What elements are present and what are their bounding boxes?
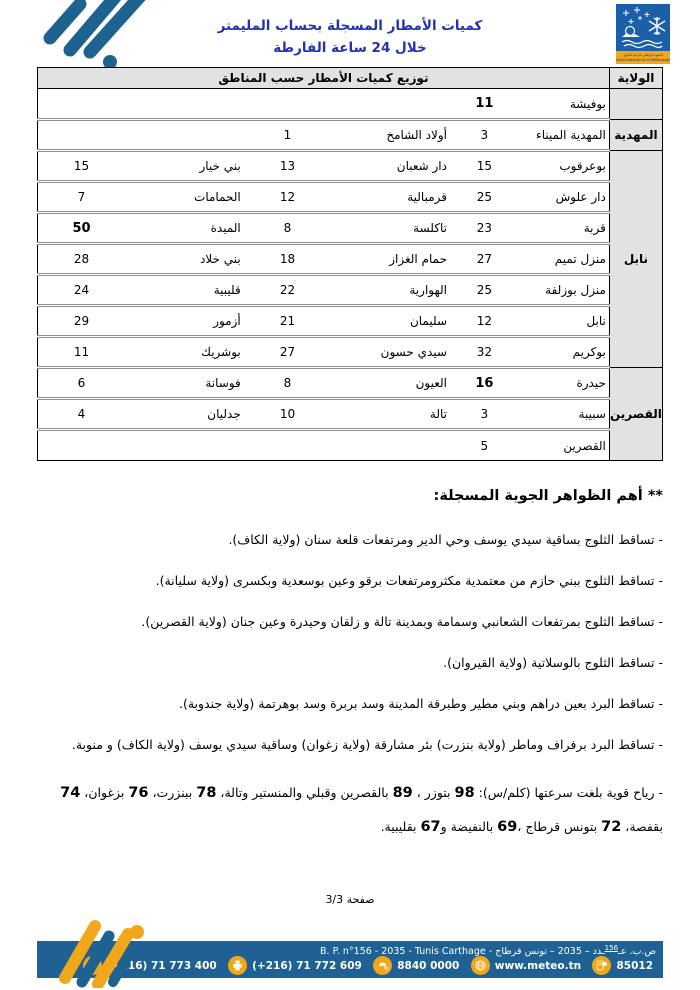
rainfall-value-cell — [38, 89, 126, 120]
region-name-cell: بوشريك — [125, 337, 244, 368]
region-name-cell: الحمامات — [125, 182, 244, 213]
contact-item[interactable]: www.meteo.tn — [471, 956, 581, 975]
table-header-row: الولاية توزيع كميات الأمطار حسب المناطق — [38, 68, 663, 89]
rainfall-value-cell: 27 — [244, 337, 332, 368]
governorate-cell: القصرين — [609, 368, 662, 461]
table-row: قربة23تاكلسة8الميدة50 — [38, 213, 663, 244]
region-name-cell — [125, 120, 244, 151]
region-name-cell: قربة — [519, 213, 610, 244]
rainfall-value-cell: 18 — [244, 244, 332, 275]
table-row: القصرين5 — [38, 430, 663, 461]
rainfall-value-cell — [244, 89, 332, 120]
region-name-cell: العيون — [331, 368, 450, 399]
rainfall-value-cell: 13 — [244, 151, 332, 182]
region-name-cell: أولاد الشامخ — [331, 120, 450, 151]
rainfall-value-cell: 1 — [244, 120, 332, 151]
rainfall-value-cell: 15 — [38, 151, 126, 182]
wind-speed-value: 67 — [420, 819, 440, 835]
phenomena-section: ** أهم الظواهر الجوية المسجلة: - تساقط ا… — [37, 488, 663, 865]
contact-label: 85012 — [616, 960, 653, 972]
rainfall-table: الولاية توزيع كميات الأمطار حسب المناطق … — [37, 67, 663, 461]
region-name-cell — [125, 430, 244, 461]
region-name-cell: دار شعبان — [331, 151, 450, 182]
rainfall-value-cell: 27 — [450, 244, 519, 275]
region-name-cell: حمام الغزاز — [331, 244, 450, 275]
rainfall-value-cell: 25 — [450, 182, 519, 213]
address-po-number: 156 — [605, 944, 618, 952]
table-row: نابل12سليمان21أزمور29 — [38, 306, 663, 337]
region-name-cell: بني خيار — [125, 151, 244, 182]
footer-contacts: (+216) 71 773 400(+216) 71 772 6098840 0… — [83, 956, 653, 975]
wind-speeds-item: - رياح قوية بلغت سرعتها (كلم/س): 98 بتوز… — [37, 776, 663, 844]
inm-caption-french: Institut National de la Météorologie — [616, 58, 670, 62]
contact-item: 8840 0000 — [373, 956, 459, 975]
wind-speed-value: 78 — [196, 785, 216, 801]
wind-speed-value: 72 — [601, 819, 621, 835]
region-name-cell: المهدية الميناء — [519, 120, 610, 151]
table-row: دار علوش25قرمبالية12الحمامات7 — [38, 182, 663, 213]
region-name-cell — [331, 430, 450, 461]
rainfall-value-cell: 6 — [38, 368, 126, 399]
table-row: بوفيشة11 — [38, 89, 663, 120]
region-name-cell: بوفيشة — [519, 89, 610, 120]
title-line-1: كميات الأمطار المسجلة بحساب المليمتر — [120, 16, 580, 38]
rainfall-value-cell: 25 — [450, 275, 519, 306]
rainfall-value-cell: 28 — [38, 244, 126, 275]
rainfall-value-cell: 5 — [450, 430, 519, 461]
sms-icon — [592, 956, 611, 975]
contact-label[interactable]: www.meteo.tn — [495, 960, 581, 972]
region-name-cell: منزل بوزلفة — [519, 275, 610, 306]
rainfall-value-cell: 32 — [450, 337, 519, 368]
region-name-cell: سليمان — [331, 306, 450, 337]
rainfall-value-cell: 8 — [244, 213, 332, 244]
contact-item: (+216) 71 772 609 — [228, 956, 362, 975]
wind-speed-value: 74 — [60, 785, 80, 801]
region-name-cell: حيدرة — [519, 368, 610, 399]
rainfall-value-cell: 10 — [244, 399, 332, 430]
governorate-cell: المهدية — [609, 120, 662, 151]
phenomenon-item: - تساقط الثلوج بالوسلاتية (ولاية القيروا… — [37, 653, 663, 673]
contact-label: 8840 0000 — [397, 960, 459, 972]
region-name-cell: بوكريم — [519, 337, 610, 368]
footer-stripes-icon — [55, 918, 165, 988]
governorate-cell: نابل — [609, 151, 662, 368]
rainfall-value-cell: 11 — [38, 337, 126, 368]
region-name-cell: الميدة — [125, 213, 244, 244]
mobile-icon — [373, 956, 392, 975]
rainfall-value-cell: 12 — [244, 182, 332, 213]
region-name-cell: سبيبة — [519, 399, 610, 430]
table-row: منزل تميم27حمام الغزاز18بني خلاد28 — [38, 244, 663, 275]
rainfall-value-cell: 24 — [38, 275, 126, 306]
region-name-cell: الهوارية — [331, 275, 450, 306]
region-name-cell: منزل تميم — [519, 244, 610, 275]
phenomenon-item: - تساقط الثلوج ببني حازم من معتمدية مكثر… — [37, 571, 663, 591]
rain-table-body: بوفيشة11المهديةالمهدية الميناء3أولاد الش… — [38, 89, 663, 461]
region-name-cell: القصرين — [519, 430, 610, 461]
rainfall-value-cell: 11 — [450, 89, 519, 120]
wind-speed-value: 89 — [393, 785, 413, 801]
wind-speed-value: 98 — [455, 785, 475, 801]
page-number: صفحة 3/3 — [0, 893, 700, 906]
report-page: كميات الأمطار المسجلة بحساب المليمتر خلا… — [0, 0, 700, 990]
region-name-cell — [331, 89, 450, 120]
globe-icon — [471, 956, 490, 975]
inm-caption-arabic: المعهد الوطني للرصد الجوي — [623, 53, 663, 57]
rainfall-value-cell: 4 — [38, 399, 126, 430]
rainfall-value-cell — [38, 120, 126, 151]
rainfall-value-cell — [38, 430, 126, 461]
governorate-header: الولاية — [609, 68, 662, 89]
wind-speed-value: 69 — [497, 819, 517, 835]
phenomena-heading: ** أهم الظواهر الجوية المسجلة: — [37, 488, 663, 504]
rainfall-value-cell: 50 — [38, 213, 126, 244]
rainfall-value-cell: 29 — [38, 306, 126, 337]
table-row: القصرينحيدرة16العيون8فوسانة6 — [38, 368, 663, 399]
inm-logo: المعهد الوطني للرصد الجوي Institut Natio… — [616, 4, 670, 64]
region-name-cell: قرمبالية — [331, 182, 450, 213]
rainfall-value-cell: 15 — [450, 151, 519, 182]
region-name-cell: دار علوش — [519, 182, 610, 213]
regions-header: توزيع كميات الأمطار حسب المناطق — [38, 68, 610, 89]
region-name-cell — [125, 89, 244, 120]
rainfall-value-cell: 12 — [450, 306, 519, 337]
region-name-cell: قليبية — [125, 275, 244, 306]
table-row: المهديةالمهدية الميناء3أولاد الشامخ1 — [38, 120, 663, 151]
phenomenon-item: - تساقط الثلوج بمرتفعات الشعانبي وسمامة … — [37, 612, 663, 632]
phenomena-list: - تساقط الثلوج بساقية سيدي يوسف وحي الدي… — [37, 530, 663, 844]
fax-icon — [228, 956, 247, 975]
phenomenon-item: - تساقط البرد برفراف وماطر (ولاية بنزرت)… — [37, 735, 663, 755]
contact-item: 85012 — [592, 956, 653, 975]
region-name-cell: سيدي حسون — [331, 337, 450, 368]
region-name-cell: نابل — [519, 306, 610, 337]
region-name-cell: بوعرقوب — [519, 151, 610, 182]
phenomenon-item: - تساقط البرد بعين دراهم وبني مطير وطبرق… — [37, 694, 663, 714]
rainfall-value-cell — [244, 430, 332, 461]
rainfall-value-cell: 3 — [450, 120, 519, 151]
rainfall-value-cell: 16 — [450, 368, 519, 399]
region-name-cell: أزمور — [125, 306, 244, 337]
region-name-cell: تاكلسة — [331, 213, 450, 244]
rainfall-value-cell: 23 — [450, 213, 519, 244]
table-row: سبيبة3تالة10جدليان4 — [38, 399, 663, 430]
rainfall-value-cell: 21 — [244, 306, 332, 337]
title-line-2: خلال 24 ساعة الفارطة — [120, 38, 580, 60]
table-row: بوكريم32سيدي حسون27بوشريك11 — [38, 337, 663, 368]
rainfall-value-cell: 8 — [244, 368, 332, 399]
governorate-cell — [609, 89, 662, 120]
rainfall-value-cell: 22 — [244, 275, 332, 306]
rainfall-value-cell: 3 — [450, 399, 519, 430]
rainfall-value-cell: 7 — [38, 182, 126, 213]
table-row: منزل بوزلفة25الهوارية22قليبية24 — [38, 275, 663, 306]
phenomenon-item: - تساقط الثلوج بساقية سيدي يوسف وحي الدي… — [37, 530, 663, 550]
region-name-cell: فوسانة — [125, 368, 244, 399]
region-name-cell: جدليان — [125, 399, 244, 430]
region-name-cell: بني خلاد — [125, 244, 244, 275]
contact-label: (+216) 71 772 609 — [252, 960, 362, 972]
region-name-cell: تالة — [331, 399, 450, 430]
wind-speed-value: 76 — [128, 785, 148, 801]
table-row: نابلبوعرقوب15دار شعبان13بني خيار15 — [38, 151, 663, 182]
document-title: كميات الأمطار المسجلة بحساب المليمتر خلا… — [120, 16, 580, 59]
